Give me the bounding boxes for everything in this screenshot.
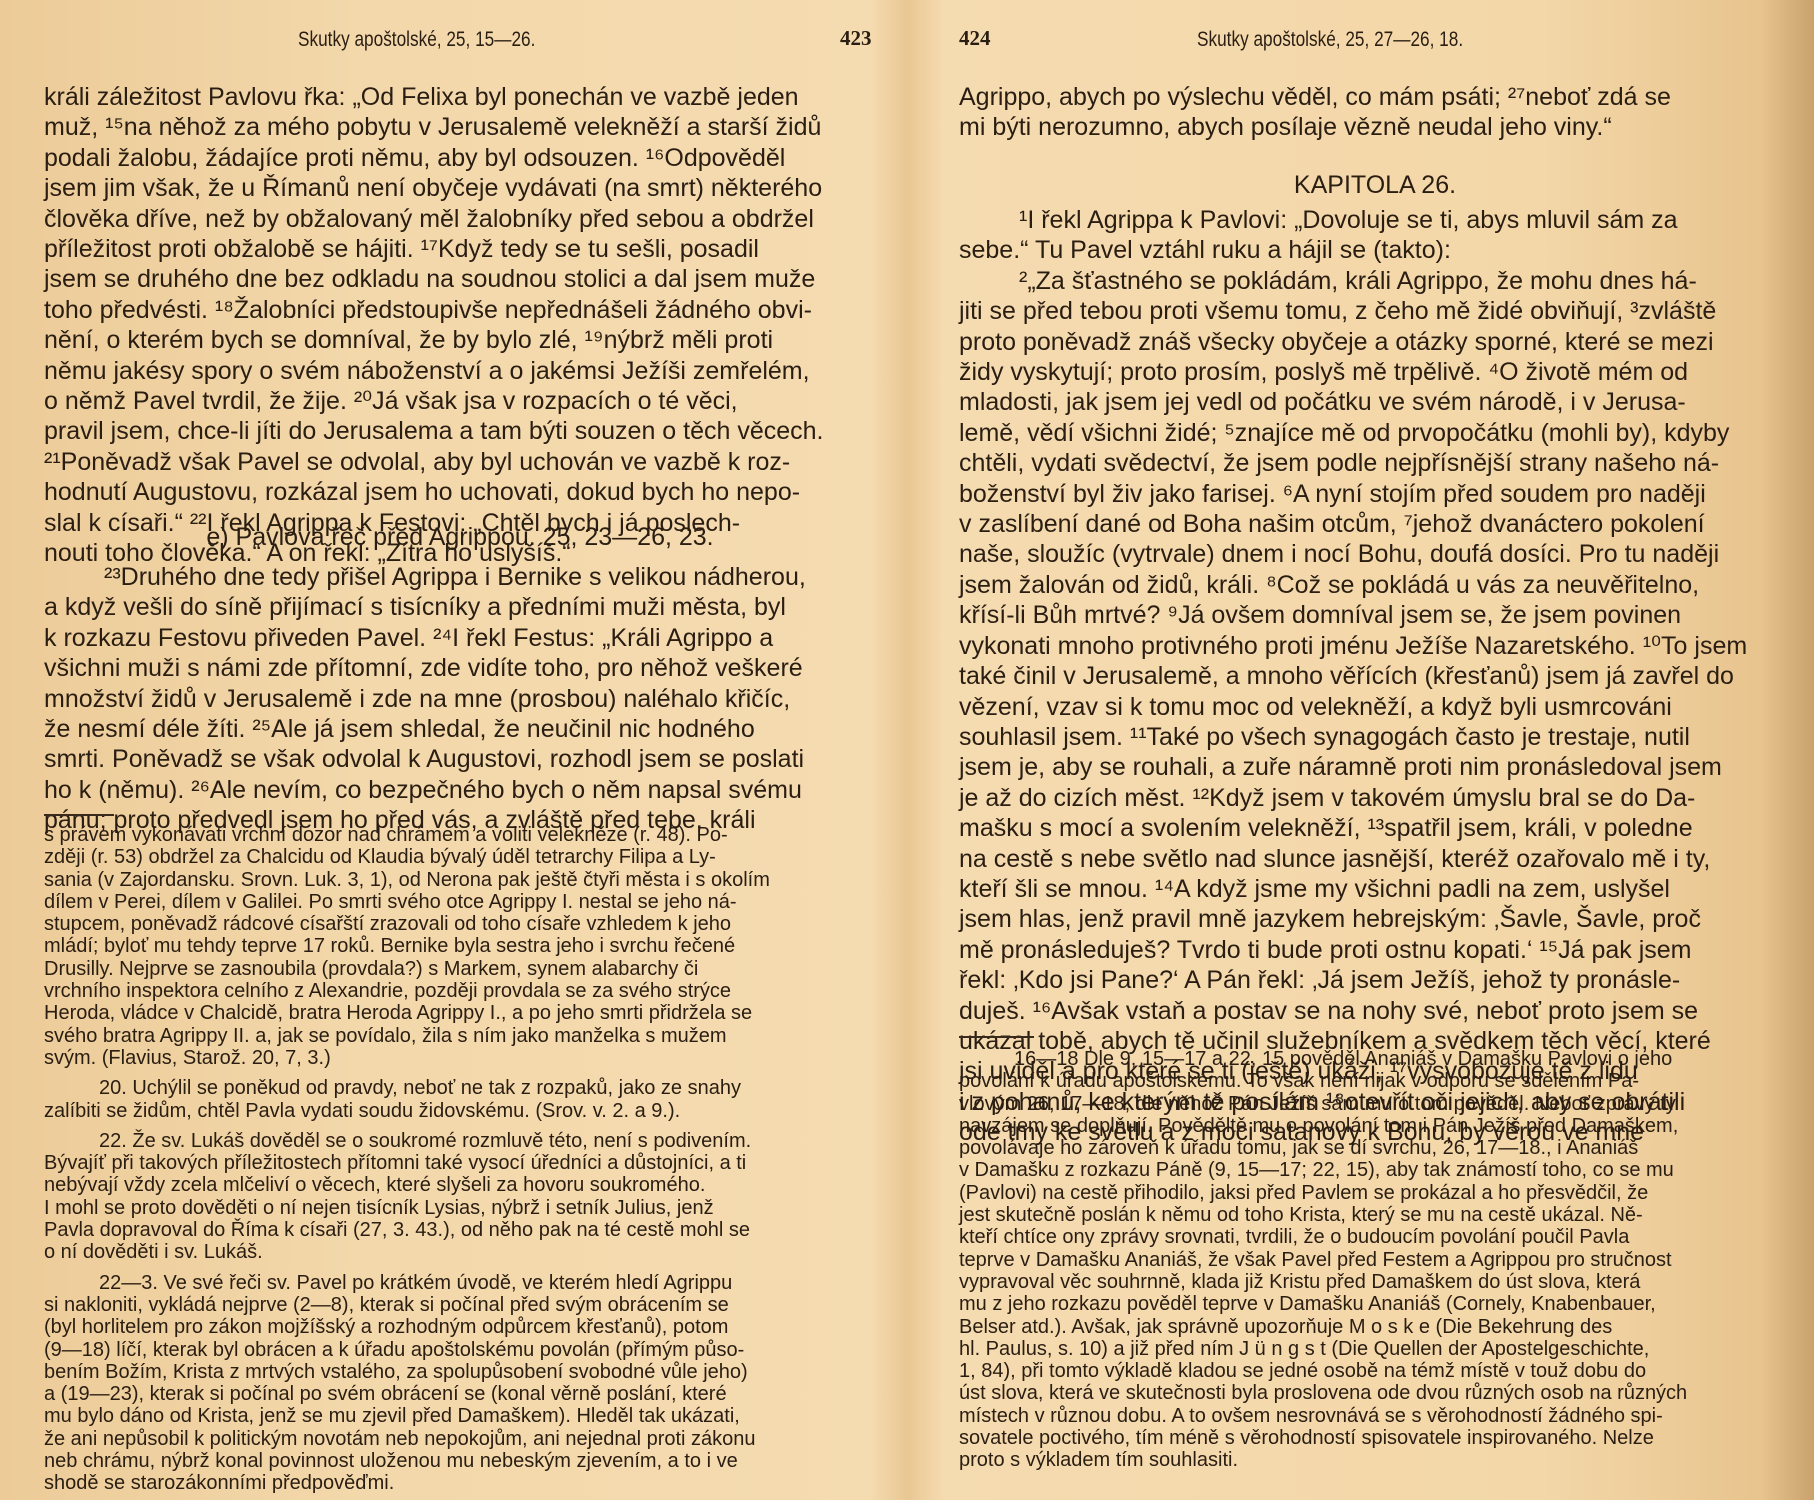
text-line: lemě, vědí všichni židé; ⁵znajíce mě od …: [959, 418, 1791, 448]
text-line: židy vyskytují; proto prosím, poslyš mě …: [959, 357, 1791, 387]
footnote-line: I mohl se proto dověděti o ní nejen tisí…: [44, 1197, 876, 1219]
footnote-line: sania (v Zajordansku. Srovn. Luk. 3, 1),…: [44, 869, 876, 891]
text-line: vězení, vzav si k tomu moc od velekněží,…: [959, 692, 1791, 722]
running-head: Skutky apoštolské, 25, 15—26.: [298, 28, 535, 52]
footnote-line: hl. Paulus, s. 10) a již před ním J ü n …: [959, 1338, 1791, 1360]
footnotes: 16—18 Dle 9, 15—17 a 22, 15 pověděl Anan…: [959, 1048, 1791, 1472]
footnote-rule: [44, 814, 114, 816]
text-line: jsem žalován od židů, králi. ⁸Což se pok…: [959, 570, 1791, 600]
page-number: 423: [840, 26, 872, 51]
footnotes: s právem vykonávati vrchní dozor nad chr…: [44, 824, 876, 1495]
text-line: kteří šli se mnou. ¹⁴A když jsme my všic…: [959, 874, 1791, 904]
text-line: souhlasil jsem. ¹¹Také po všech synagogá…: [959, 722, 1791, 752]
footnote-line: neb chrámu, nýbrž konal povinnost uložen…: [44, 1450, 876, 1472]
text-line: mašku s mocí a svolením velekněží, ¹³spa…: [959, 813, 1791, 843]
text-line: jsem je, aby se rouhali, a zuře náramně …: [959, 752, 1791, 782]
text-line: Agrippo, abych po výslechu věděl, co mám…: [959, 82, 1791, 112]
footnote-line: povolání k úřadu apoštolskému. To však n…: [959, 1070, 1791, 1092]
footnote-line: stupcem, poněvadž rádcové císařští zrazo…: [44, 913, 876, 935]
text-line: smrti. Poněvadž se však odvolal k August…: [44, 744, 876, 774]
footnote-line: bením Božím, Krista z mrtvých vstalého, …: [44, 1361, 876, 1383]
text-line: že nesmí déle žíti. ²⁵Ale já jsem shleda…: [44, 714, 876, 744]
text-line: křísí-li Bůh mrtvé? ⁹Já ovšem domníval j…: [959, 600, 1791, 630]
main-text-chapter: ¹I řekl Agrippa k Pavlovi: „Dovoluje se …: [959, 205, 1791, 1148]
text-line: sebe.“ Tu Pavel vztáhl ruku a hájil se (…: [959, 235, 1791, 265]
footnote-line: (9—18) líčí, kterak byl obrácen a k úřad…: [44, 1339, 876, 1361]
footnote-line: Heroda, vládce v Chalcidě, bratra Heroda…: [44, 1002, 876, 1024]
chapter-heading: KAPITOLA 26.: [959, 170, 1791, 200]
text-line: jiti se před tebou proti všemu tomu, z č…: [959, 296, 1791, 326]
footnote-line: shodě se starozákonními předpověďmi.: [44, 1472, 876, 1494]
text-line: duješ. ¹⁶Avšak vstaň a postav se na nohy…: [959, 996, 1791, 1026]
footnote-line: sovatele poctivého, tím méně s věrohodno…: [959, 1427, 1791, 1449]
text-line: všichni muži s námi zde přítomní, zde vi…: [44, 653, 876, 683]
main-text-top: králi záležitost Pavlovu řka: „Od Felixa…: [44, 82, 876, 569]
left-page: Skutky apoštolské, 25, 15—26. 423 králi …: [0, 0, 907, 1500]
footnote-line: si nakloniti, vykládá nejprve (2—8), kte…: [44, 1294, 876, 1316]
footnote-line: 20. Uchýlil se poněkud od pravdy, neboť …: [44, 1077, 876, 1099]
text-line: muž, ¹⁵na něhož za mého pobytu v Jerusal…: [44, 112, 876, 142]
text-line: mi býti nerozumno, abych posílaje vězně …: [959, 112, 1791, 142]
footnote-line: proto s výkladem tím souhlasiti.: [959, 1449, 1791, 1471]
footnote-line: Pavla dopravoval do Říma k císaři (27, 3…: [44, 1219, 876, 1241]
text-line: chtěli, vydati svědectví, že jsem podle …: [959, 448, 1791, 478]
text-line: vykonati mnoho protivného proti jménu Je…: [959, 631, 1791, 661]
text-line: k rozkazu Festovu přiveden Pavel. ²⁴I ře…: [44, 623, 876, 653]
footnote-line: a (19—23), kterak si počínal po svém obr…: [44, 1383, 876, 1405]
footnote-line: vlovým 26, 17—18, dle něhož Pán Ježíš sá…: [959, 1093, 1791, 1115]
text-line: ho k (němu). ²⁶Ale nevím, co bezpečného …: [44, 775, 876, 805]
text-line: toho předvésti. ¹⁸Žalobníci předstoupivš…: [44, 295, 876, 325]
footnote-rule: [959, 1036, 1034, 1038]
text-line: jsem se druhého dne bez odkladu na soudn…: [44, 264, 876, 294]
footnote-line: vypravoval věc souhrnně, klada již Krist…: [959, 1271, 1791, 1293]
main-text-bottom: ²³Druhého dne tedy přišel Agrippa i Bern…: [44, 562, 876, 836]
book-spread: Skutky apoštolské, 25, 15—26. 423 králi …: [0, 0, 1814, 1500]
footnote-line: zalíbiti se židům, chtěl Pavla vydati so…: [44, 1100, 876, 1122]
footnote-line: Bývajíť při takových příležitostech přít…: [44, 1152, 876, 1174]
page-number: 424: [959, 26, 991, 51]
text-line: ¹I řekl Agrippa k Pavlovi: „Dovoluje se …: [959, 205, 1791, 235]
text-line: proto poněvadž znáš všecky obyčeje a otá…: [959, 327, 1791, 357]
footnote-line: 22—3. Ve své řeči sv. Pavel po krátkém ú…: [44, 1272, 876, 1294]
footnote-line: povolávaje ho zároveň k úřadu tomu, jak …: [959, 1137, 1791, 1159]
text-line: řekl: ‚Kdo jsi Pane?‘ A Pán řekl: ‚Já js…: [959, 965, 1791, 995]
footnote-line: v Damašku z rozkazu Páně (9, 15—17; 22, …: [959, 1159, 1791, 1181]
text-line: příležitost proti obžalobě se hájiti. ¹⁷…: [44, 234, 876, 264]
main-text-top: Agrippo, abych po výslechu věděl, co mám…: [959, 82, 1791, 143]
footnote-line: kteří chtíce ony zprávy srovnati, tvrdil…: [959, 1226, 1791, 1248]
footnote-line: svého bratra Agrippy II. a, jak se povíd…: [44, 1025, 876, 1047]
text-line: ²¹Poněvadž však Pavel se odvolal, aby by…: [44, 447, 876, 477]
text-line: pravil jsem, chce-li jíti do Jerusalema …: [44, 416, 876, 446]
footnote-line: Belser atd.). Avšak, jak správně upozorň…: [959, 1316, 1791, 1338]
footnote-line: mu z jeho rozkazu pověděl teprve v Damaš…: [959, 1293, 1791, 1315]
footnote-line: vrchního inspektora celního z Alexandrie…: [44, 980, 876, 1002]
text-line: králi záležitost Pavlovu řka: „Od Felixa…: [44, 82, 876, 112]
footnote-line: svým. (Flavius, Starož. 20, 7, 3.): [44, 1047, 876, 1069]
footnote-line: o ní dověděti i sv. Lukáš.: [44, 1241, 876, 1263]
text-line: a když vešli do síně přijímací s tisícní…: [44, 592, 876, 622]
text-line: v zaslíbení dané od Boha našim otcům, ⁷j…: [959, 509, 1791, 539]
text-line: naše, sloužíc (vytrvale) dnem i nocí Boh…: [959, 539, 1791, 569]
footnote-line: 1, 84), při tomto výkladě kladou se jedn…: [959, 1360, 1791, 1382]
text-line: mladosti, jak jsem jej vedl od počátku v…: [959, 387, 1791, 417]
text-line: ²³Druhého dne tedy přišel Agrippa i Bern…: [44, 562, 876, 592]
text-line: také činil v Jerusalemě, a mnoho věřícíc…: [959, 661, 1791, 691]
text-line: je až do cizích měst. ¹²Když jsem v tako…: [959, 783, 1791, 813]
footnote-line: že ani nepůsobil k politickým novotám ne…: [44, 1428, 876, 1450]
footnote-line: dílem v Perei, dílem v Galilei. Po smrti…: [44, 891, 876, 913]
text-line: jsem jim však, že u Římanů není obyčeje …: [44, 173, 876, 203]
text-line: hodnutí Augustovu, rozkázal jsem ho ucho…: [44, 477, 876, 507]
text-line: mě pronásleduješ? Tvrdo ti bude proti os…: [959, 935, 1791, 965]
footnote-line: 22. Že sv. Lukáš dověděl se o soukromé r…: [44, 1130, 876, 1152]
text-line: ²„Za šťastného se pokládám, králi Agripp…: [959, 266, 1791, 296]
section-heading: e) Pavlova řeč před Agrippou. 25, 23—26,…: [44, 522, 876, 552]
text-line: jsem hlas, jenž pravil mně jazykem hebre…: [959, 904, 1791, 934]
footnote-line: místech v různou dobu. A to ovšem nesrov…: [959, 1405, 1791, 1427]
footnote-line: (byl horlitelem pro zákon mojžíšský a ro…: [44, 1316, 876, 1338]
text-line: člověka dříve, než by obžalovaný měl žal…: [44, 204, 876, 234]
footnote-line: úst slova, která ve skutečnosti byla pro…: [959, 1382, 1791, 1404]
text-line: množství židů v Jerusalemě i zde na mne …: [44, 684, 876, 714]
footnote-line: navzájem se doplňují. Pověděltě mu o pov…: [959, 1115, 1791, 1137]
footnote-line: nebývají vždy zcela mlčeliví o věcech, k…: [44, 1174, 876, 1196]
footnote-line: mu bylo dáno od Krista, jenž se mu zjevi…: [44, 1405, 876, 1427]
text-line: němu jakésy spory o svém náboženství a o…: [44, 356, 876, 386]
footnote-line: s právem vykonávati vrchní dozor nad chr…: [44, 824, 876, 846]
footnote-line: jest skutečně poslán k němu od toho Kris…: [959, 1204, 1791, 1226]
footnote-line: mládí; byloť mu tehdy teprve 17 roků. Be…: [44, 935, 876, 957]
text-line: boženství byl živ jako farisej. ⁶A nyní …: [959, 479, 1791, 509]
footnote-line: 16—18 Dle 9, 15—17 a 22, 15 pověděl Anan…: [959, 1048, 1791, 1070]
text-line: na cestě s nebe světlo nad slunce jasněj…: [959, 844, 1791, 874]
text-line: nění, o kterém bych se domníval, že by b…: [44, 325, 876, 355]
running-head: Skutky apoštolské, 25, 27—26, 18.: [1197, 28, 1463, 52]
footnote-line: zději (r. 53) obdržel za Chalcidu od Kla…: [44, 846, 876, 868]
footnote-line: teprve v Damašku Ananiáš, že však Pavel …: [959, 1249, 1791, 1271]
right-page: 424 Skutky apoštolské, 25, 27—26, 18. Ag…: [907, 0, 1814, 1500]
text-line: o němž Pavel tvrdil, že žije. ²⁰Já však …: [44, 386, 876, 416]
footnote-line: (Pavlovi) na cestě přihodilo, jaksi před…: [959, 1182, 1791, 1204]
footnote-line: Drusilly. Nejprve se zasnoubila (provdal…: [44, 958, 876, 980]
text-line: podali žalobu, žádajíce proti němu, aby …: [44, 143, 876, 173]
